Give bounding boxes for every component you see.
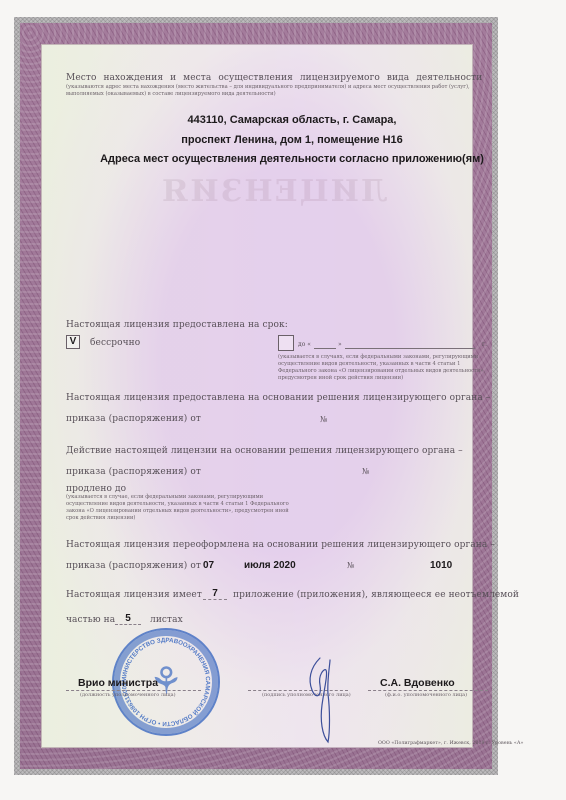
appendices-suffix: приложение (приложения), являющееся ее н… [233, 590, 519, 600]
name-line [368, 690, 488, 691]
appendices-prefix: Настоящая лицензия имеет [66, 590, 202, 600]
position-line [66, 690, 201, 691]
signatory-position: Врио министра [78, 677, 158, 689]
document-content: ЛИЦЕНЗИЯ Место нахождения и места осущес… [0, 0, 566, 800]
appendices-pages-prefix: частью на [66, 615, 115, 625]
granted-line-1: Настоящая лицензия предоставлена на осно… [66, 393, 490, 403]
address-line-1: 443110, Самарская область, г. Самара, [0, 114, 566, 126]
granted-line-2: приказа (распоряжения) от [66, 414, 201, 424]
extension-line-1: Действие настоящей лицензии на основании… [66, 446, 463, 456]
handwritten-signature [300, 650, 340, 750]
reverse-bleed-watermark: ЛИЦЕНЗИЯ [160, 174, 388, 209]
appendices-pages: 5 [115, 613, 141, 625]
appendices-pages-suffix: листах [150, 615, 183, 625]
printer-imprint: ООО «Полиграфмаркет», г. Ижевск, 2019 г.… [378, 741, 523, 746]
reissued-month-year: июля 2020 [244, 560, 296, 571]
reissued-line-2: приказа (распоряжения) от [66, 561, 201, 571]
term-indefinite-label: бессрочно [90, 338, 140, 348]
extension-extended-label: продлено до [66, 484, 126, 494]
term-indefinite-checkbox[interactable]: V [66, 335, 80, 349]
signatory-name: С.А. Вдовенко [380, 677, 455, 689]
term-until-checkbox[interactable] [278, 335, 294, 351]
term-until-mid: » [338, 341, 342, 348]
extension-note: (указывается в случае, если федеральными… [66, 494, 298, 522]
extension-number-label: № [362, 467, 370, 476]
appendices-count: 7 [203, 588, 227, 600]
term-until-day-blank[interactable] [314, 348, 336, 349]
extension-line-2: приказа (распоряжения) от [66, 467, 201, 477]
position-caption: (должность уполномоченного лица) [80, 692, 176, 698]
reissued-number-label: № [347, 561, 355, 570]
term-until-note: (указывается в случаях, если федеральным… [278, 354, 486, 382]
name-caption: (ф.и.о. уполномоченного лица) [385, 692, 467, 698]
location-note-1: (указываются адрес места нахождения (мес… [66, 84, 486, 91]
term-until-suffix: г. [482, 341, 487, 348]
location-heading: Место нахождения и места осуществления л… [66, 73, 482, 83]
term-until-prefix: до « [298, 341, 311, 348]
location-note-2: выполняемых (оказываемых) в составе лице… [66, 91, 276, 98]
reissued-day: 07 [203, 560, 214, 571]
address-line-2: проспект Ленина, дом 1, помещение Н16 [0, 134, 566, 146]
address-line-3: Адреса мест осуществления деятельности с… [0, 153, 566, 165]
reissued-number: 1010 [430, 560, 452, 571]
term-label: Настоящая лицензия предоставлена на срок… [66, 320, 288, 330]
granted-number-label: № [320, 415, 328, 424]
term-until-date-blank[interactable] [345, 348, 475, 349]
reissued-line-1: Настоящая лицензия переоформлена на осно… [66, 540, 495, 550]
